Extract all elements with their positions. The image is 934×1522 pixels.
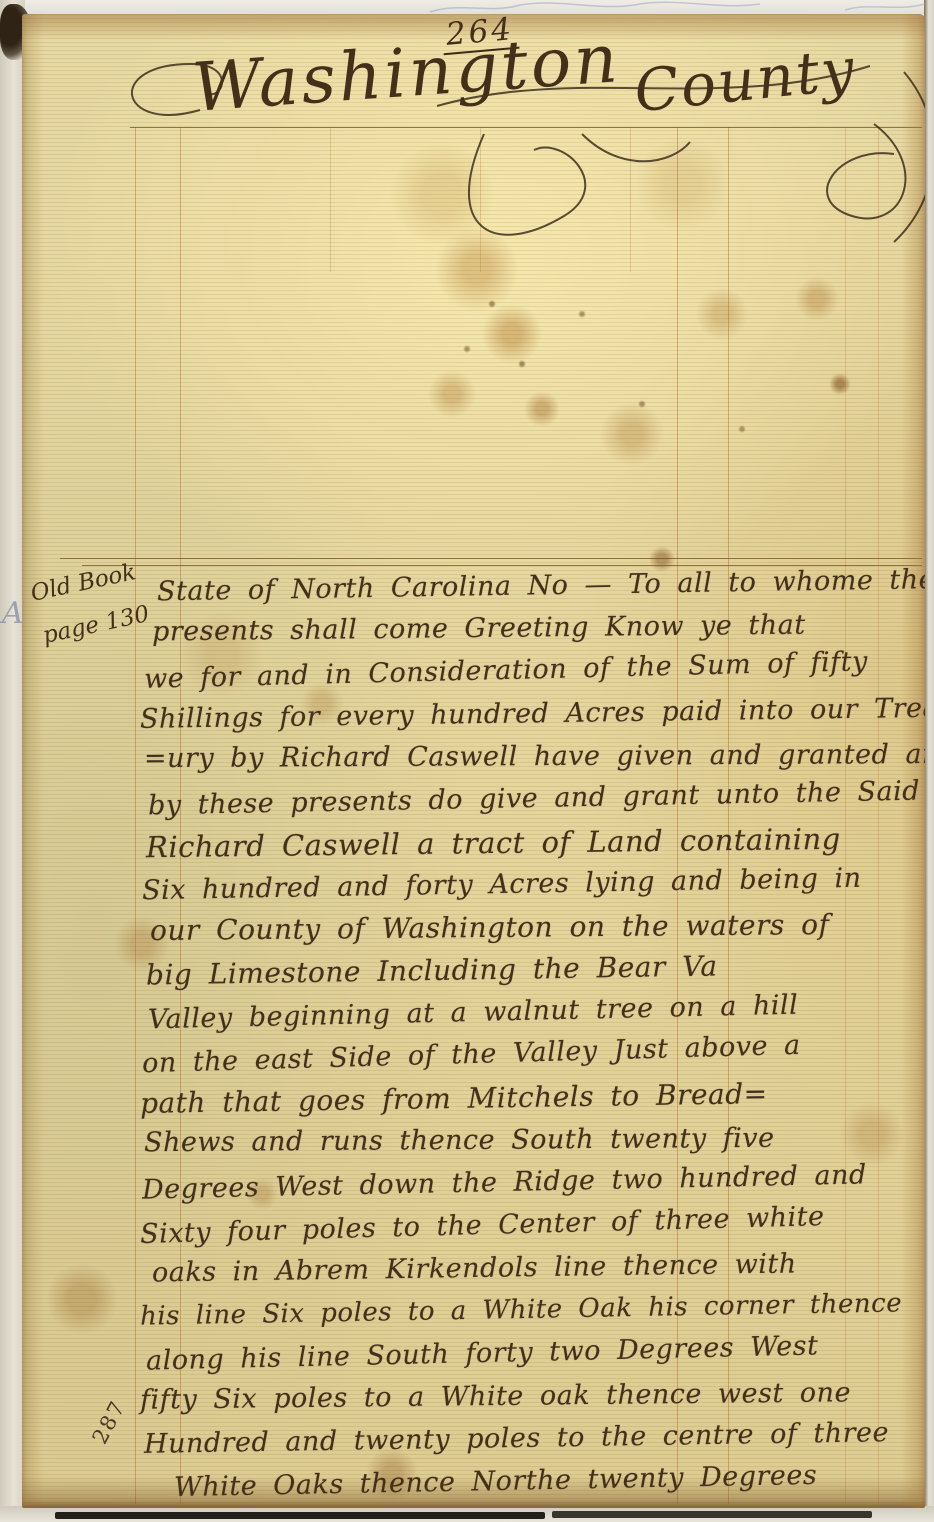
header-rule	[130, 127, 922, 128]
column-rule-stub	[480, 127, 481, 272]
ledger-page: 264 Washington County Old Book page 130 …	[22, 14, 925, 1508]
page-edge-shading	[22, 14, 44, 1508]
manuscript-line: our County of Washington on the waters o…	[150, 908, 830, 947]
column-rule-stub	[330, 127, 331, 272]
binding-shadow-bar	[552, 1511, 872, 1518]
column-rule-stub	[630, 127, 631, 272]
manuscript-line: Shews and runs thence South twenty five	[144, 1123, 775, 1158]
margin-rule	[135, 127, 136, 1504]
scan-right-edge	[924, 0, 934, 1522]
section-rule	[60, 558, 922, 559]
pencil-letter: A	[2, 596, 24, 631]
manuscript-line: =ury by Richard Caswell have given and g…	[144, 739, 925, 774]
binding-shadow-bar	[55, 1512, 545, 1519]
scanned-document: A	[0, 0, 934, 1522]
